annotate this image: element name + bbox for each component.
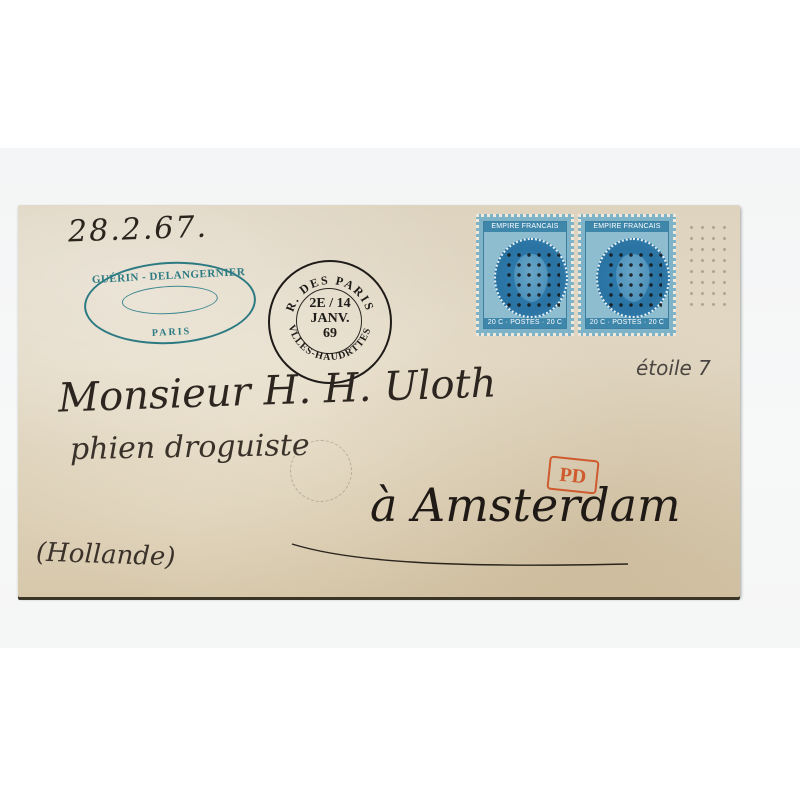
- stamp-bottom-label: 20 C · POSTES · 20 C: [586, 318, 668, 328]
- sender-stamp-inner-oval: [121, 284, 218, 317]
- stamp-top-label: EMPIRE FRANCAIS: [586, 222, 668, 232]
- napoleon-medallion-icon: [494, 238, 568, 318]
- pencil-note: étoile 7: [636, 356, 711, 380]
- postmark-month: JANV.: [270, 311, 390, 326]
- postage-stamp-2: EMPIRE FRANCAIS 20 C · POSTES · 20 C: [578, 214, 676, 336]
- address-line-profession: phien droguiste: [70, 428, 310, 467]
- postmark-year: 69: [270, 326, 390, 341]
- pd-paid-mark: PD: [546, 455, 599, 494]
- postmark-number: 14: [337, 296, 351, 311]
- address-line-country: (Hollande): [36, 538, 176, 573]
- star-cancel-dots: [504, 250, 560, 310]
- postmark-date: 2E / 14 JANV. 69: [270, 296, 390, 341]
- stamp-bottom-label: 20 C · POSTES · 20 C: [484, 318, 566, 328]
- star-cancel-dots: [606, 250, 662, 310]
- date-note: 28.2.67.: [67, 210, 208, 250]
- star-cancel-on-paper: [686, 222, 730, 312]
- postage-stamp-1: EMPIRE FRANCAIS 20 C · POSTES · 20 C: [476, 214, 574, 336]
- address-line-city: à Amsterdam: [370, 478, 681, 532]
- faint-transit-mark: [290, 440, 352, 502]
- underline-flourish: [290, 540, 630, 570]
- postmark-day: 2E: [309, 296, 325, 311]
- stamp-top-label: EMPIRE FRANCAIS: [484, 222, 566, 232]
- stamp-frame: EMPIRE FRANCAIS 20 C · POSTES · 20 C: [585, 221, 669, 329]
- postmark-slash: /: [329, 296, 333, 311]
- napoleon-medallion-icon: [596, 238, 670, 318]
- stamp-frame: EMPIRE FRANCAIS 20 C · POSTES · 20 C: [483, 221, 567, 329]
